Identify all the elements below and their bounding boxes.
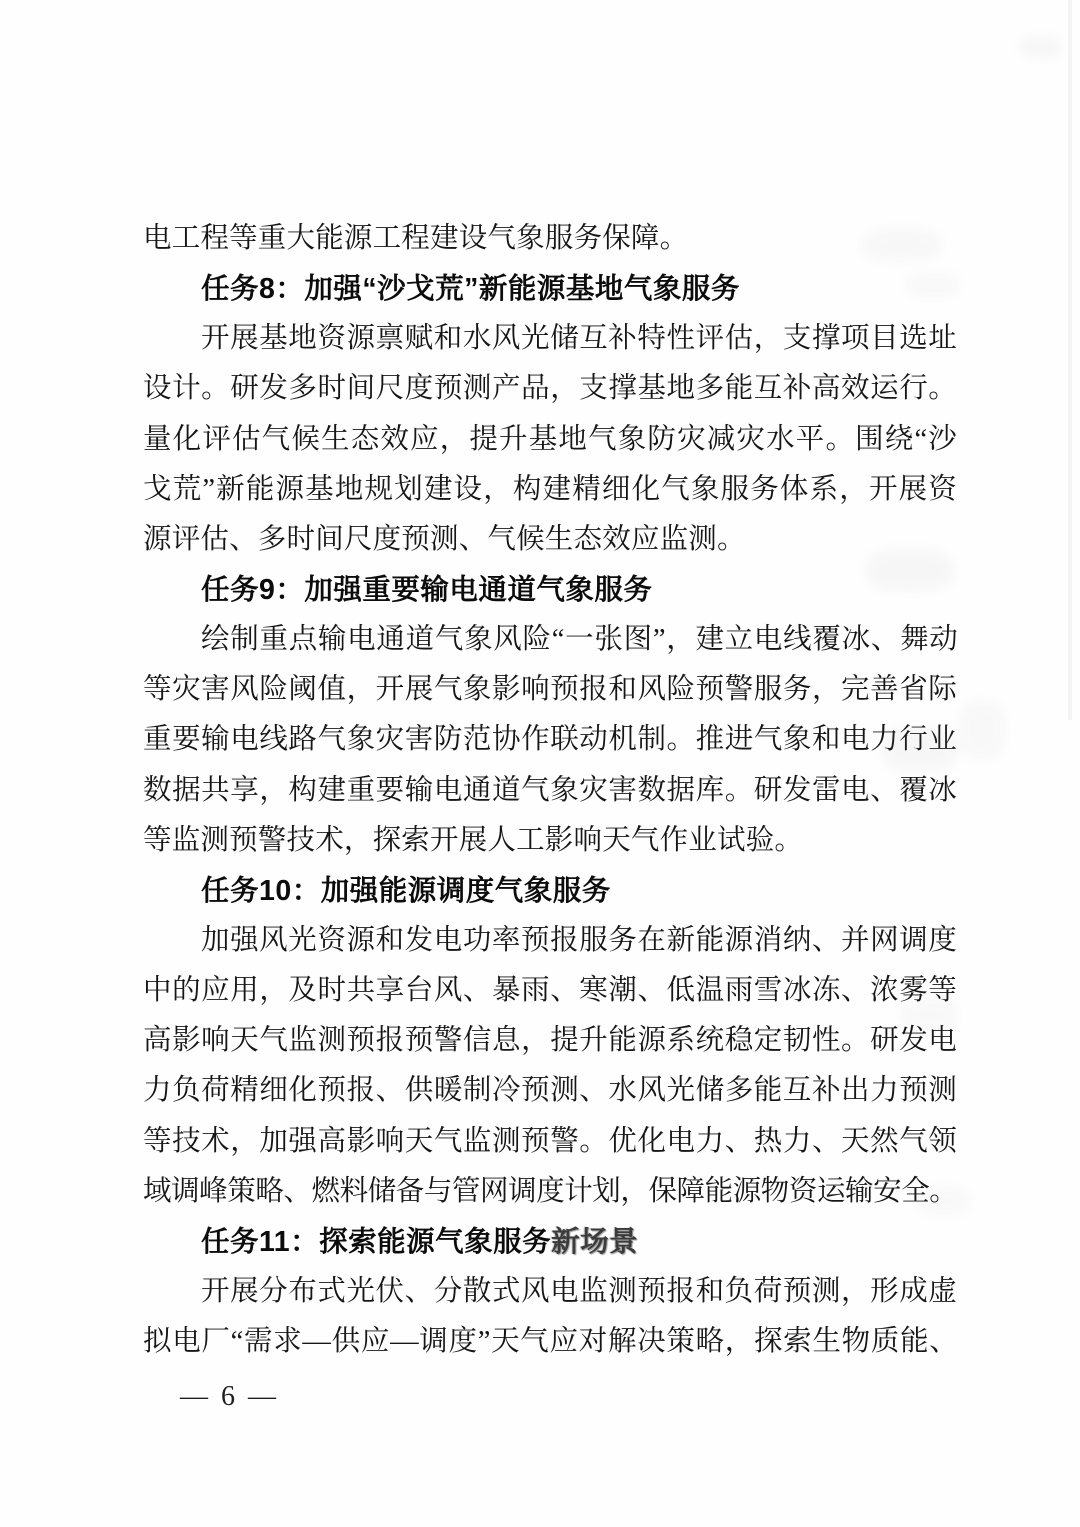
text-line: 绘制重点输电通道气象风险“一张图”，建立电线覆冰、舞动	[143, 615, 957, 665]
text-line: 电工程等重大能源工程建设气象服务保障。	[143, 214, 957, 264]
text-line: 中的应用，及时共享台风、暴雨、寒潮、低温雨雪冰冻、浓雾等	[143, 966, 957, 1016]
text-line: 力负荷精细化预报、供暖制冷预测、水风光储多能互补出力预测	[143, 1066, 957, 1116]
scan-artifact	[958, 700, 1006, 760]
scan-artifact	[1020, 36, 1062, 58]
text-line: 开展分布式光伏、分散式风电监测预报和负荷预测，形成虚	[143, 1267, 957, 1317]
text-line: 设计。研发多时间尺度预测产品，支撑基地多能互补高效运行。	[143, 364, 957, 414]
page-number: — 6 —	[180, 1381, 279, 1413]
task-heading: 任务9：加强重要输电通道气象服务	[143, 565, 957, 615]
text-line: 等监测预警技术，探索开展人工影响天气作业试验。	[143, 816, 957, 866]
text-line: 等灾害风险阈值，开展气象影响预报和风险预警服务，完善省际	[143, 665, 957, 715]
text-line: 源评估、多时间尺度预测、气候生态效应监测。	[143, 515, 957, 565]
text-line: 域调峰策略、燃料储备与管网调度计划，保障能源物资运输安全。	[143, 1167, 957, 1217]
task-heading: 任务11：探索能源气象服务新场景	[143, 1217, 957, 1267]
document-page: 电工程等重大能源工程建设气象服务保障。任务8：加强“沙戈荒”新能源基地气象服务开…	[0, 0, 1080, 1527]
scan-edge-shade	[1068, 0, 1072, 720]
text-line: 高影响天气监测预报预警信息，提升能源系统稳定韧性。研发电	[143, 1016, 957, 1066]
text-line: 加强风光资源和发电功率预报服务在新能源消纳、并网调度	[143, 916, 957, 966]
text-line: 戈荒”新能源基地规划建设，构建精细化气象服务体系，开展资	[143, 465, 957, 515]
text-line: 开展基地资源禀赋和水风光储互补特性评估，支撑项目选址	[143, 314, 957, 364]
document-lines: 电工程等重大能源工程建设气象服务保障。任务8：加强“沙戈荒”新能源基地气象服务开…	[143, 214, 957, 1367]
text-line: 量化评估气候生态效应，提升基地气象防灾减灾水平。围绕“沙	[143, 415, 957, 465]
text-line: 等技术，加强高影响天气监测预警。优化电力、热力、天然气领	[143, 1117, 957, 1167]
text-line: 拟电厂“需求—供应—调度”天气应对解决策略，探索生物质能、	[143, 1317, 957, 1367]
task-heading: 任务8：加强“沙戈荒”新能源基地气象服务	[143, 264, 957, 314]
heading-tail-overprinted: 新场景	[551, 1226, 638, 1258]
text-line: 数据共享，构建重要输电通道气象灾害数据库。研发雷电、覆冰	[143, 766, 957, 816]
task-heading: 任务10：加强能源调度气象服务	[143, 866, 957, 916]
heading-text: 任务11：探索能源气象服务	[201, 1226, 551, 1258]
text-line: 重要输电线路气象灾害防范协作联动机制。推进气象和电力行业	[143, 715, 957, 765]
